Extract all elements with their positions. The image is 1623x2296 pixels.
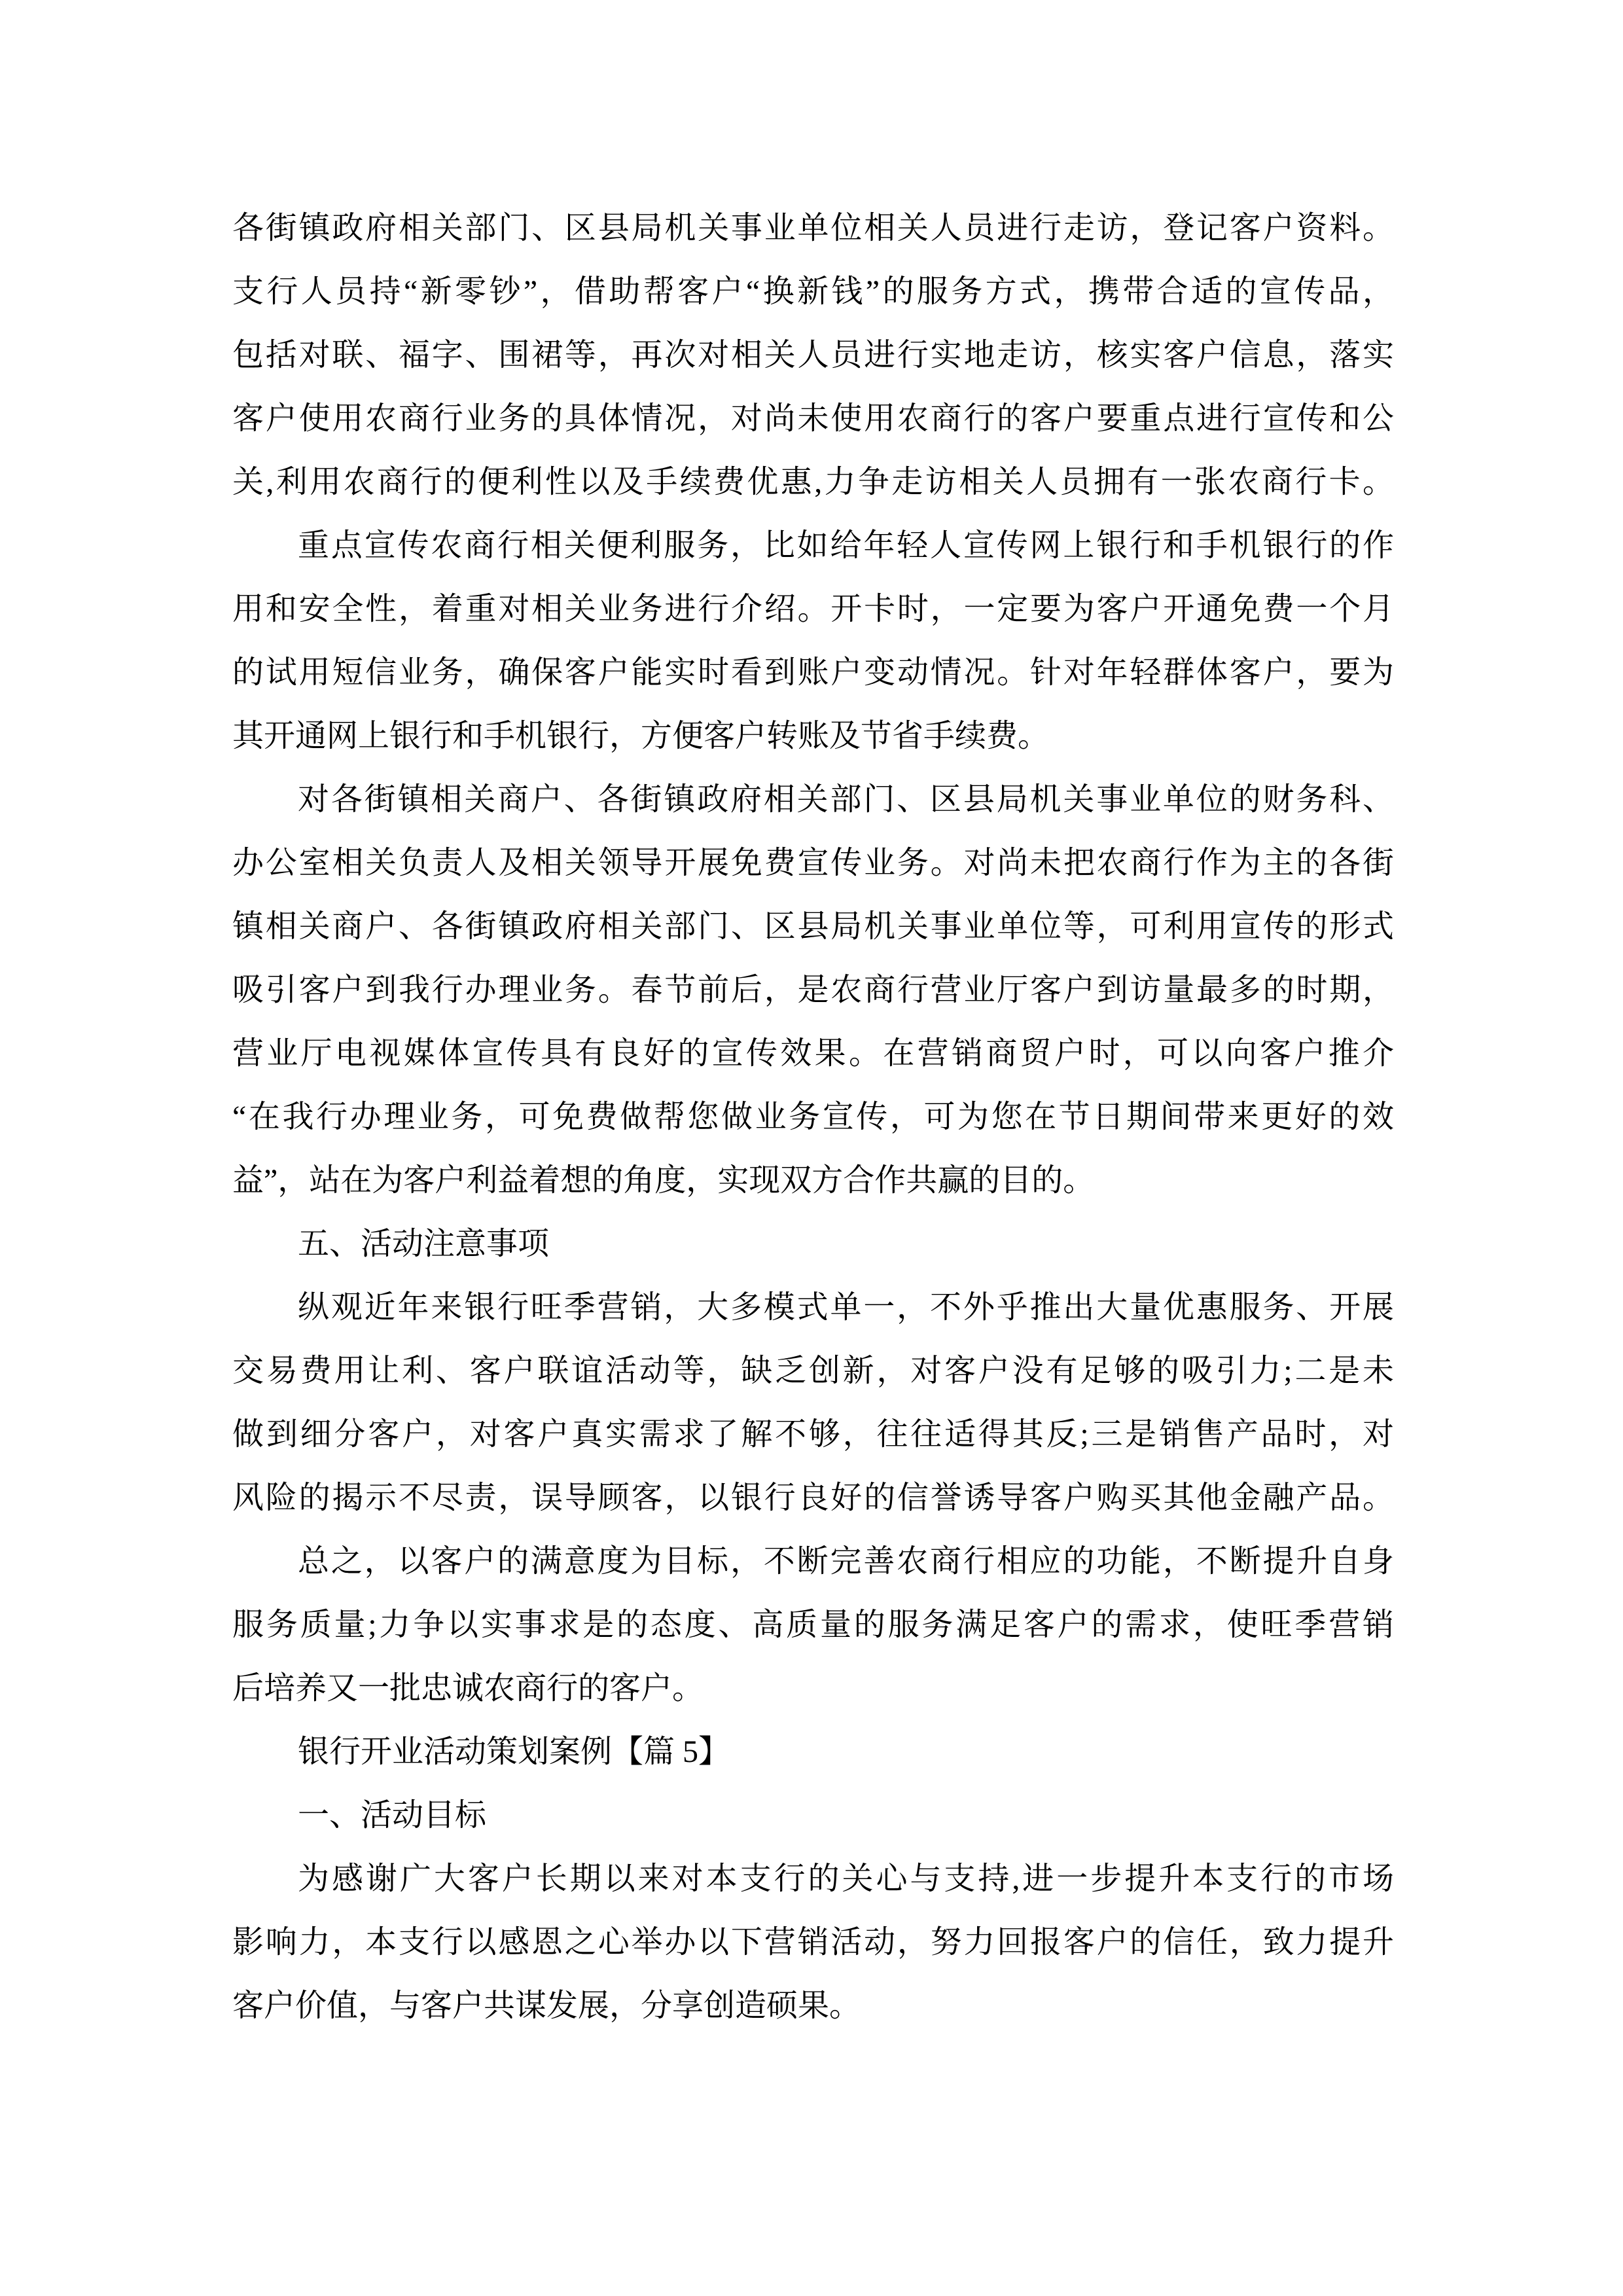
body-line: 的试用短信业务，确保客户能实时看到账户变动情况。针对年轻群体客户，要为	[232, 641, 1394, 704]
document-text-block: 各街镇政府相关部门、区县局机关事业单位相关人员进行走访，登记客户资料。 支行人员…	[232, 196, 1394, 2037]
body-line: 服务质量;力争以实事求是的态度、高质量的服务满足客户的需求，使旺季营销	[232, 1593, 1394, 1657]
body-line: 为感谢广大客户长期以来对本支行的关心与支持,进一步提升本支行的市场	[232, 1847, 1394, 1910]
body-line: 用和安全性，着重对相关业务进行介绍。开卡时，一定要为客户开通免费一个月	[232, 577, 1394, 641]
body-line: 风险的揭示不尽责，误导顾客，以银行良好的信誉诱导客户购买其他金融产品。	[232, 1466, 1394, 1530]
section-heading-five: 五、活动注意事项	[232, 1212, 1394, 1276]
body-line: 对各街镇相关商户、各街镇政府相关部门、区县局机关事业单位的财务科、	[232, 768, 1394, 831]
body-line: 纵观近年来银行旺季营销，大多模式单一，不外乎推出大量优惠服务、开展	[232, 1276, 1394, 1339]
body-line: 后培养又一批忠诚农商行的客户。	[232, 1657, 1394, 1720]
body-line: 吸引客户到我行办理业务。春节前后，是农商行营业厅客户到访量最多的时期，	[232, 958, 1394, 1022]
body-line: 交易费用让利、客户联谊活动等，缺乏创新，对客户没有足够的吸引力;二是未	[232, 1339, 1394, 1403]
body-line: 各街镇政府相关部门、区县局机关事业单位相关人员进行走访，登记客户资料。	[232, 196, 1394, 260]
body-line: 客户使用农商行业务的具体情况，对尚未使用农商行的客户要重点进行宣传和公	[232, 387, 1394, 450]
section-heading-one: 一、活动目标	[232, 1784, 1394, 1847]
article-title-part-5: 银行开业活动策划案例【篇 5】	[232, 1720, 1394, 1784]
body-line: 营业厅电视媒体宣传具有良好的宣传效果。在营销商贸户时，可以向客户推介	[232, 1022, 1394, 1085]
body-line: 包括对联、福字、围裙等，再次对相关人员进行实地走访，核实客户信息，落实	[232, 323, 1394, 387]
body-line: 关,利用农商行的便利性以及手续费优惠,力争走访相关人员拥有一张农商行卡。	[232, 450, 1394, 514]
document-page: 各街镇政府相关部门、区县局机关事业单位相关人员进行走访，登记客户资料。 支行人员…	[0, 0, 1623, 2296]
body-line: “在我行办理业务，可免费做帮您做业务宣传，可为您在节日期间带来更好的效	[232, 1085, 1394, 1149]
body-line: 办公室相关负责人及相关领导开展免费宣传业务。对尚未把农商行作为主的各街	[232, 831, 1394, 895]
body-line: 总之，以客户的满意度为目标，不断完善农商行相应的功能，不断提升自身	[232, 1530, 1394, 1593]
body-line: 镇相关商户、各街镇政府相关部门、区县局机关事业单位等，可利用宣传的形式	[232, 895, 1394, 958]
body-line: 益”，站在为客户利益着想的角度，实现双方合作共赢的目的。	[232, 1149, 1394, 1212]
body-line: 客户价值，与客户共谋发展，分享创造硕果。	[232, 1974, 1394, 2037]
body-line: 重点宣传农商行相关便利服务，比如给年轻人宣传网上银行和手机银行的作	[232, 514, 1394, 577]
body-line: 做到细分客户，对客户真实需求了解不够，往往适得其反;三是销售产品时，对	[232, 1403, 1394, 1466]
body-line: 其开通网上银行和手机银行，方便客户转账及节省手续费。	[232, 704, 1394, 768]
body-line: 影响力，本支行以感恩之心举办以下营销活动，努力回报客户的信任，致力提升	[232, 1910, 1394, 1974]
body-line: 支行人员持“新零钞”，借助帮客户“换新钱”的服务方式，携带合适的宣传品，	[232, 260, 1394, 323]
